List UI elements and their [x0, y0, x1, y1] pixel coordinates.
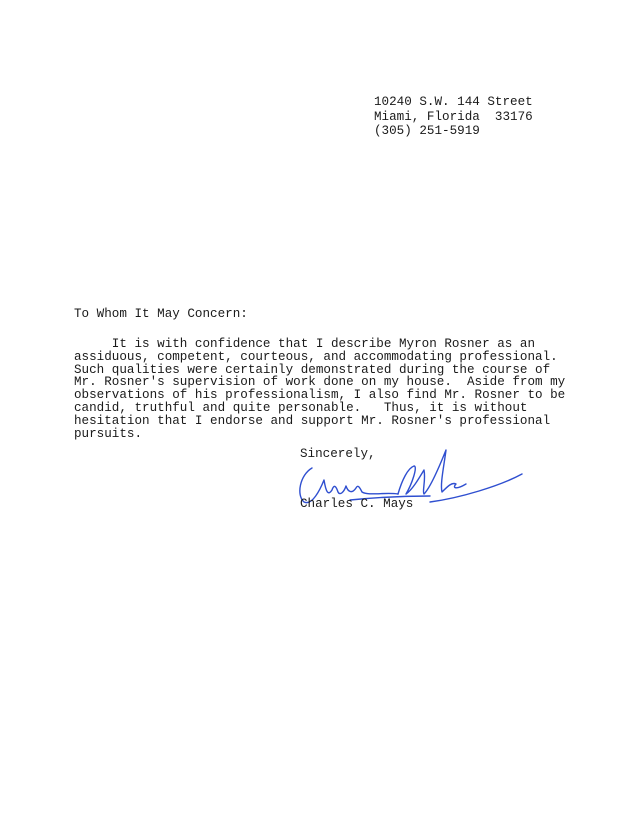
- body-line: pursuits.: [74, 428, 594, 441]
- address-city-state-zip: Miami, Florida 33176: [374, 110, 533, 125]
- body-line: assiduous, competent, courteous, and acc…: [74, 351, 594, 364]
- body-line: It is with confidence that I describe My…: [74, 338, 594, 351]
- body-line: hesitation that I endorse and support Mr…: [74, 415, 594, 428]
- salutation: To Whom It May Concern:: [74, 307, 248, 321]
- address-street: 10240 S.W. 144 Street: [374, 95, 533, 110]
- letter-body: It is with confidence that I describe My…: [74, 338, 594, 440]
- address-phone: (305) 251-5919: [374, 124, 533, 139]
- signer-name: Charles C. Mays: [300, 497, 413, 511]
- sender-address: 10240 S.W. 144 Street Miami, Florida 331…: [374, 95, 533, 139]
- body-line: candid, truthful and quite personable. T…: [74, 402, 594, 415]
